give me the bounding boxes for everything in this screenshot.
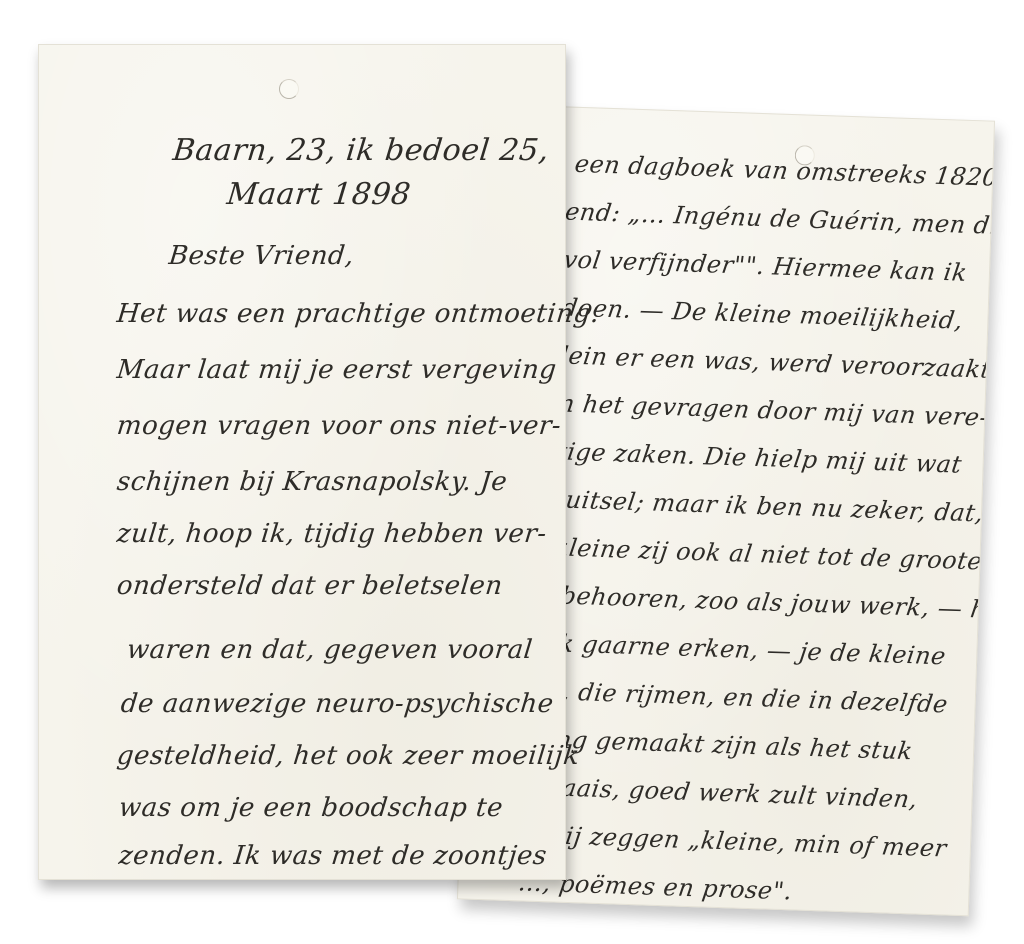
text-line: zult, hoop ik, tijdig hebben ver- bbox=[115, 519, 548, 549]
text-line: Maar laat mij je eerst vergeving bbox=[115, 355, 558, 385]
text-line: was om je een boodschap te bbox=[117, 793, 504, 823]
text-line: schijnen bij Krasnapolsky. Je bbox=[115, 467, 508, 497]
punch-hole bbox=[279, 79, 299, 99]
text-line: ondersteld dat er beletselen bbox=[115, 571, 504, 601]
text-line: zenden. Ik was met de zoontjes bbox=[117, 841, 548, 871]
text-line: …ik gaarne erken, — je de kleine bbox=[525, 629, 948, 671]
text-line: …n het gevragen door mij van vere- bbox=[533, 389, 991, 432]
text-line: …kleine zij ook al niet tot de groote bbox=[528, 533, 984, 576]
text-line: Het was een prachtige ontmoeting. bbox=[115, 299, 600, 329]
text-line: de aanwezige neuro-psychische bbox=[119, 689, 555, 719]
text-line: mogen vragen voor ons niet-ver- bbox=[115, 411, 562, 441]
letter-date-line: Maart 1898 bbox=[225, 177, 412, 212]
text-line: waren en dat, gegeven vooral bbox=[125, 635, 534, 665]
text-line: …naais, goed werk zult vinden, bbox=[520, 772, 920, 813]
text-line: …s, die rijmen, en die in dezelfde bbox=[523, 676, 950, 718]
text-line: …end: „… Ingénu de Guérin, men die bbox=[539, 197, 994, 241]
text-line: …tuitsel; maar ik ben nu zeker, dat, bbox=[529, 485, 985, 528]
text-line: …wij zeggen „kleine, min of meer bbox=[518, 820, 948, 862]
letter-salutation: Beste Vriend, bbox=[167, 241, 355, 271]
text-line: … een dagboek van omstreeks 1820 bbox=[540, 149, 994, 192]
text-line: … behooren, zoo als jouw werk, — hetgeen bbox=[526, 581, 994, 627]
letter-page-front: Baarn, 23, ik bedoel 25, Maart 1898 Best… bbox=[38, 44, 566, 880]
text-line: …tige zaken. Die hielp mij uit wat bbox=[531, 437, 964, 479]
text-line: gesteldheid, het ook zeer moeilijk bbox=[115, 741, 581, 771]
text-line: …lein er een was, werd veroorzaakt bbox=[534, 341, 993, 384]
letter-date-line: Baarn, 23, ik bedoel 25, bbox=[171, 133, 551, 168]
text-line: …vol verfijnder"". Hiermee kan ik bbox=[537, 245, 969, 287]
